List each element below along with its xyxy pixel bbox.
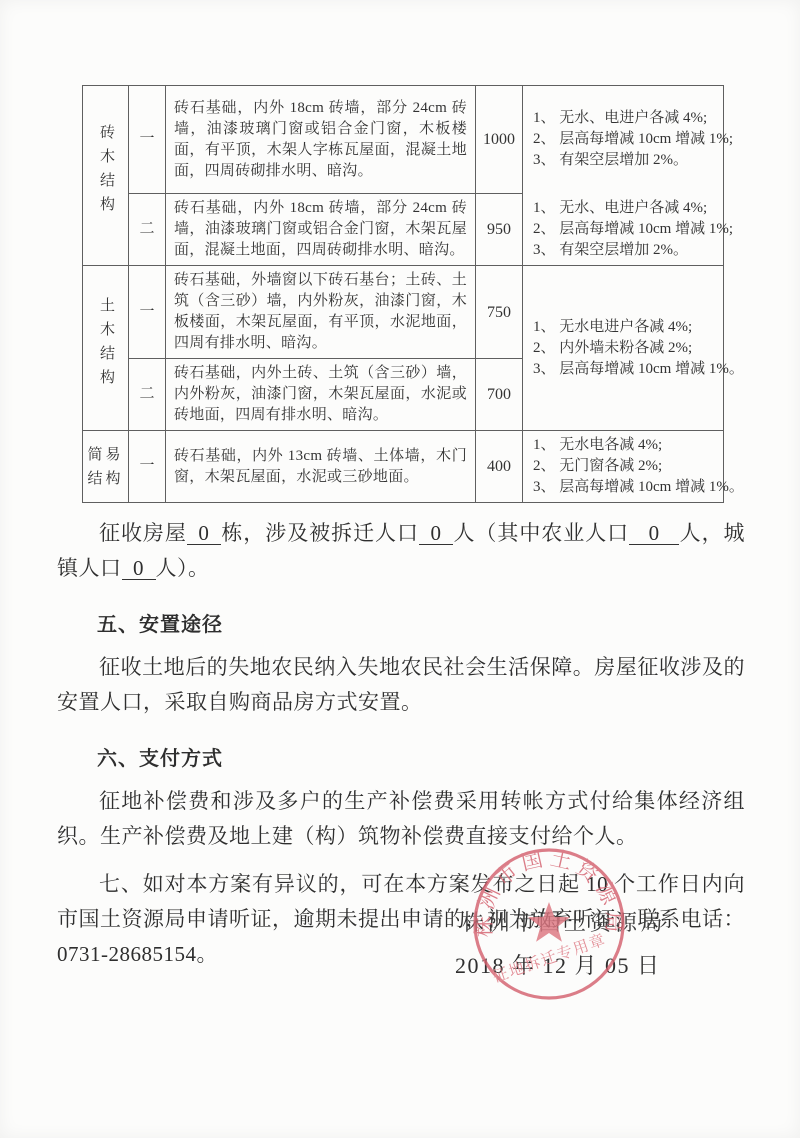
fill-in-blank: 0: [122, 557, 156, 580]
text-segment: 人）。: [156, 556, 210, 580]
signature-date: 2018 年 12 月 05 日: [455, 949, 661, 980]
note-line: 1、 无水电各减 4%;: [533, 435, 717, 456]
structure-cell-simple: 简易结构: [83, 431, 129, 503]
section-6-paragraph: 征地补偿费和涉及多户的生产补偿费采用转帐方式付给集体经济组织。生产补偿费及地上建…: [57, 784, 745, 854]
notes-cell: 1、 无水电各减 4%; 2、 无门窗各减 2%; 3、 层高每增减 10cm …: [523, 431, 724, 503]
description-cell: 砖石基础，内外土砖、土筑（含三砂）墙，内外粉灰，油漆门窗，木架瓦屋面，水泥或砖地…: [166, 359, 476, 431]
notes-cell: 1、 无水电进户各减 4%; 2、 内外墙未粉各减 2%; 3、 层高每增减 1…: [523, 266, 724, 431]
section-heading-6: 六、支付方式: [57, 742, 745, 771]
description-cell: 砖石基础，内外 18cm 砖墙，部分 24cm 砖墙，油漆玻璃门窗或铝合金门窗，…: [166, 86, 476, 194]
note-line: 2、 层高每增减 10cm 增减 1%;: [533, 129, 717, 150]
structure-label: 土木结构: [95, 297, 116, 393]
text-segment: 征收房屋: [99, 521, 187, 545]
grade-cell: 一: [129, 266, 166, 359]
note-line: 3、 层高每增减 10cm 增减 1%。: [533, 477, 717, 498]
note-line: 2、 内外墙未粉各减 2%;: [533, 338, 717, 359]
housing-statistics-paragraph: 征收房屋0栋，涉及被拆迁人口0人（其中农业人口0人，城镇人口0人）。: [57, 516, 745, 586]
note-line: 1、 无水、电进户各减 4%;: [533, 198, 717, 219]
value-cell: 750: [476, 266, 523, 359]
table-row: 简易结构 一 砖石基础，内外 13cm 砖墙、土体墙，木门窗，木架瓦屋面，水泥或…: [83, 431, 724, 503]
section-5-paragraph: 征收土地后的失地农民纳入失地农民社会生活保障。房屋征收涉及的安置人口，采取自购商…: [57, 650, 745, 720]
value-cell: 950: [476, 194, 523, 266]
text-segment: 人（其中农业人口: [453, 521, 629, 545]
table-row: 砖木结构 一 砖石基础，内外 18cm 砖墙，部分 24cm 砖墙，油漆玻璃门窗…: [83, 86, 724, 194]
note-line: 1、 无水电进户各减 4%;: [533, 317, 717, 338]
text-segment: 栋，涉及被拆迁人口: [221, 521, 419, 545]
description-cell: 砖石基础，外墙窗以下砖石基台；土砖、土筑（含三砂）墙，内外粉灰，油漆门窗，木板楼…: [166, 266, 476, 359]
document-content: 砖木结构 一 砖石基础，内外 18cm 砖墙，部分 24cm 砖墙，油漆玻璃门窗…: [0, 0, 800, 972]
note-line: 2、 无门窗各减 2%;: [533, 456, 717, 477]
note-line: 3、 有架空层增加 2%。: [533, 240, 717, 261]
notes-cell: 1、 无水、电进户各减 4%; 2、 层高每增减 10cm 增减 1%; 3、 …: [523, 86, 724, 194]
section-heading-5: 五、安置途径: [57, 608, 745, 637]
note-line: 2、 层高每增减 10cm 增减 1%;: [533, 219, 717, 240]
grade-cell: 二: [129, 194, 166, 266]
value-cell: 700: [476, 359, 523, 431]
description-cell: 砖石基础，内外 13cm 砖墙、土体墙，木门窗，木架瓦屋面，水泥或三砂地面。: [166, 431, 476, 503]
note-line: 3、 有架空层增加 2%。: [533, 150, 717, 171]
value-cell: 400: [476, 431, 523, 503]
notes-cell: 1、 无水、电进户各减 4%; 2、 层高每增减 10cm 增减 1%; 3、 …: [523, 194, 724, 266]
document-page: 砖木结构 一 砖石基础，内外 18cm 砖墙，部分 24cm 砖墙，油漆玻璃门窗…: [0, 0, 800, 1138]
fill-in-blank: 0: [629, 522, 679, 545]
fill-in-blank: 0: [419, 522, 453, 545]
grade-cell: 一: [129, 86, 166, 194]
note-line: 3、 层高每增减 10cm 增减 1%。: [533, 359, 717, 380]
signature-agency: 株洲市国土资源局: [462, 906, 666, 937]
table-row: 二 砖石基础，内外 18cm 砖墙，部分 24cm 砖墙，油漆玻璃门窗或铝合金门…: [83, 194, 724, 266]
note-line: 1、 无水、电进户各减 4%;: [533, 108, 717, 129]
structure-label: 简易结构: [88, 443, 124, 491]
table-row: 土木结构 一 砖石基础，外墙窗以下砖石基台；土砖、土筑（含三砂）墙，内外粉灰，油…: [83, 266, 724, 359]
structure-cell-earth-wood: 土木结构: [83, 266, 129, 431]
fill-in-blank: 0: [187, 522, 221, 545]
description-cell: 砖石基础，内外 18cm 砖墙，部分 24cm 砖墙，油漆玻璃门窗或铝合金门窗，…: [166, 194, 476, 266]
structure-label: 砖木结构: [95, 124, 116, 220]
value-cell: 1000: [476, 86, 523, 194]
grade-cell: 一: [129, 431, 166, 503]
compensation-table: 砖木结构 一 砖石基础，内外 18cm 砖墙，部分 24cm 砖墙，油漆玻璃门窗…: [82, 85, 724, 503]
grade-cell: 二: [129, 359, 166, 431]
structure-cell-brick-wood: 砖木结构: [83, 86, 129, 266]
